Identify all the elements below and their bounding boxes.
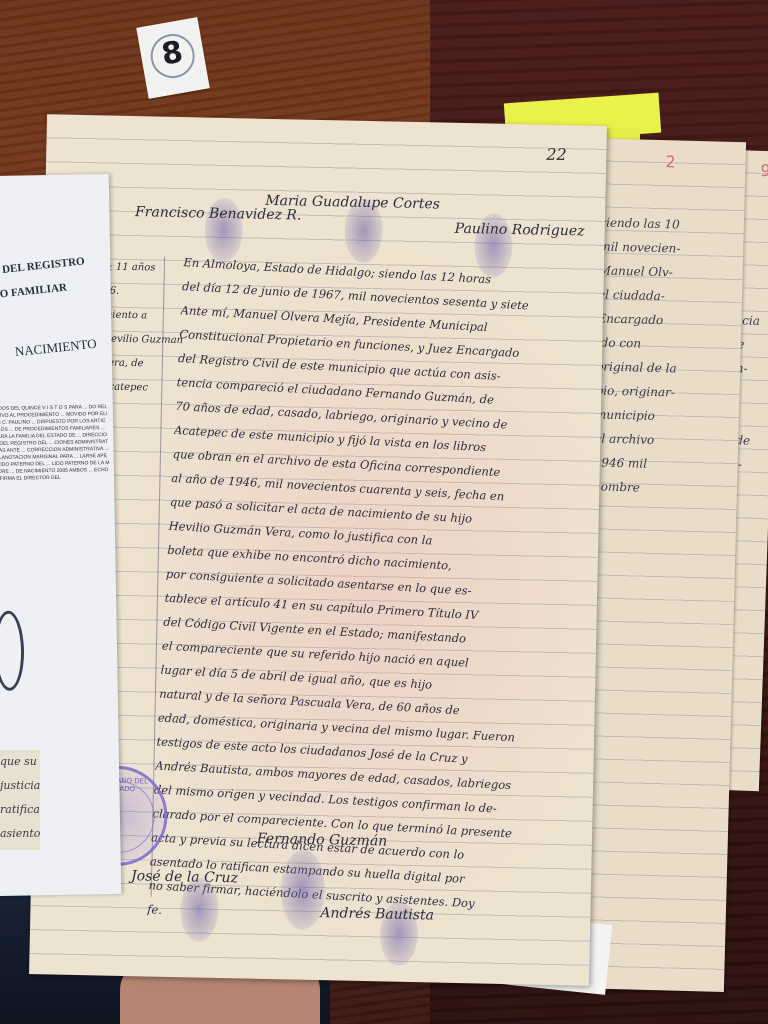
certificate-heading-2: DO FAMILIAR	[0, 281, 67, 301]
certificate-body-text: A DOS DEL QUINCE V I S T O S PARA ... DO…	[0, 404, 110, 483]
signature-witness-2: Andrés Bautista	[320, 905, 434, 923]
signature-declarant: Fernando Guzmán	[257, 831, 388, 850]
page-number: 2	[665, 152, 676, 171]
sticker-number: 8	[139, 31, 206, 76]
certificate-title: NACIMIENTO	[14, 336, 97, 360]
back-page-2-text: siendo las 10 mil novecien- Manuel Olv- …	[593, 210, 682, 500]
certificate-seal-icon	[0, 611, 25, 692]
page-number: 9	[760, 161, 768, 180]
fingerprint	[180, 877, 219, 942]
signature-witness-1: José de la Cruz	[131, 868, 238, 886]
page-number: 22	[546, 145, 567, 164]
numbered-sticker: 8	[136, 17, 210, 99]
certificate-heading-1: N DEL REGISTRO	[0, 255, 85, 277]
signature-top-right: Paulino Rodriguez	[455, 221, 585, 240]
margin-note: & 11 años 56. miento a Hevilio Guzman Ve…	[101, 255, 184, 401]
left-page-fragment: que su justicia ratifica asiento	[0, 750, 40, 850]
